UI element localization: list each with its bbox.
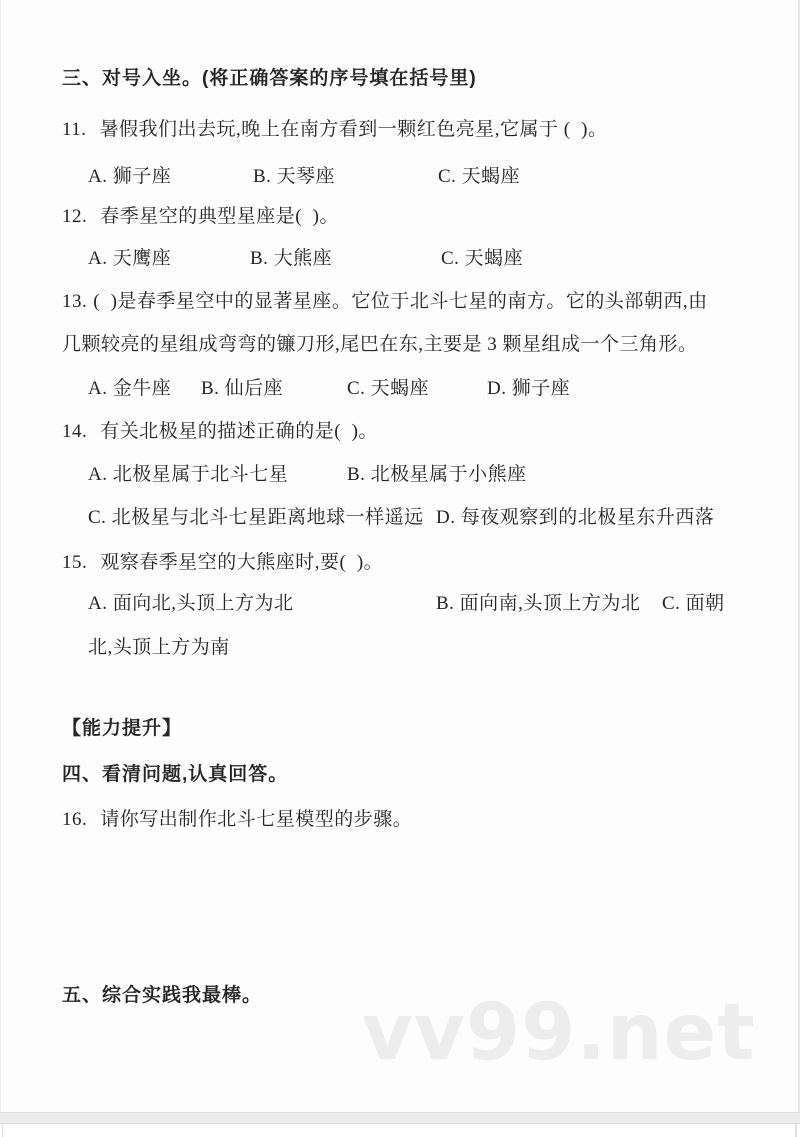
- option-14-a: A. 北极星属于北斗七星: [88, 463, 288, 487]
- page-separator: [0, 1112, 800, 1124]
- question-13-options: A. 金牛座 B. 仙后座 C. 天蝎座 D. 狮子座: [0, 377, 800, 403]
- option-15-c-continuation: 北,头顶上方为南: [88, 636, 230, 660]
- question-12-text: 春季星空的典型星座是( )。: [100, 206, 339, 227]
- option-11-c: C. 天蝎座: [438, 165, 520, 189]
- option-11-b: B. 天琴座: [253, 165, 335, 189]
- option-11-a: A. 狮子座: [88, 165, 171, 189]
- question-11-options: A. 狮子座 B. 天琴座 C. 天蝎座: [0, 165, 800, 191]
- question-11-text: 暑假我们出去玩,晚上在南方看到一颗红色亮星,它属于 ( )。: [100, 119, 608, 140]
- question-14: 14.有关北极星的描述正确的是( )。: [62, 420, 378, 444]
- question-13: 13.( )是春季星空中的显著星座。它位于北斗七星的南方。它的头部朝西,由: [62, 290, 708, 314]
- option-13-b: B. 仙后座: [201, 377, 283, 401]
- option-13-a: A. 金牛座: [88, 377, 171, 401]
- next-page-right-edge: [795, 1124, 797, 1137]
- question-13-text: ( )是春季星空中的显著星座。它位于北斗七星的南方。它的头部朝西,由: [93, 291, 707, 312]
- option-12-a: A. 天鹰座: [88, 247, 171, 271]
- option-15-b: B. 面向南,头顶上方为北: [436, 592, 640, 616]
- document-page: 三、对号入坐。(将正确答案的序号填在括号里) 11.暑假我们出去玩,晚上在南方看…: [0, 0, 800, 1112]
- option-12-b: B. 大熊座: [250, 247, 332, 271]
- question-14-number: 14.: [62, 420, 87, 444]
- section-three-heading: 三、对号入坐。(将正确答案的序号填在括号里): [62, 67, 477, 91]
- question-13-text-line2: 几颗较亮的星组成弯弯的镰刀形,尾巴在东,主要是 3 颗星组成一个三角形。: [62, 333, 698, 357]
- question-15-text: 观察春季星空的大熊座时,要( )。: [100, 552, 383, 573]
- question-16: 16.请你写出制作北斗七星模型的步骤。: [62, 808, 412, 832]
- option-14-c: C. 北极星与北斗七星距离地球一样遥远: [88, 506, 424, 530]
- question-15-options-row1: A. 面向北,头顶上方为北 B. 面向南,头顶上方为北 C. 面朝: [0, 592, 800, 618]
- section-five-heading: 五、综合实践我最棒。: [62, 984, 262, 1008]
- option-14-d: D. 每夜观察到的北极星东升西落: [436, 506, 714, 530]
- question-15-number: 15.: [62, 551, 87, 575]
- option-13-c: C. 天蝎座: [347, 377, 429, 401]
- question-11: 11.暑假我们出去玩,晚上在南方看到一颗红色亮星,它属于 ( )。: [62, 118, 607, 142]
- question-12-number: 12.: [62, 205, 87, 229]
- option-13-d: D. 狮子座: [487, 377, 570, 401]
- option-14-b: B. 北极星属于小熊座: [347, 463, 527, 487]
- question-12: 12.春季星空的典型星座是( )。: [62, 205, 339, 229]
- next-page-left-edge: [2, 1124, 3, 1137]
- question-14-options-row2: C. 北极星与北斗七星距离地球一样遥远 D. 每夜观察到的北极星东升西落: [0, 506, 800, 532]
- question-15: 15.观察春季星空的大熊座时,要( )。: [62, 551, 383, 575]
- question-16-text: 请你写出制作北斗七星模型的步骤。: [100, 809, 412, 830]
- next-page-top: [0, 1124, 800, 1137]
- question-12-options: A. 天鹰座 B. 大熊座 C. 天蝎座: [0, 247, 800, 273]
- question-16-number: 16.: [62, 808, 87, 832]
- question-13-number: 13.: [62, 290, 87, 314]
- document-viewport: 三、对号入坐。(将正确答案的序号填在括号里) 11.暑假我们出去玩,晚上在南方看…: [0, 0, 800, 1137]
- question-14-options-row1: A. 北极星属于北斗七星 B. 北极星属于小熊座: [0, 463, 800, 489]
- section-four-heading: 四、看清问题,认真回答。: [62, 763, 288, 787]
- option-12-c: C. 天蝎座: [441, 247, 523, 271]
- ability-section-marker: 【能力提升】: [62, 717, 182, 741]
- question-11-number: 11.: [62, 118, 87, 142]
- page-left-edge: [0, 0, 1, 1112]
- option-15-a: A. 面向北,头顶上方为北: [88, 592, 293, 616]
- site-watermark: vv99.net: [362, 994, 756, 1072]
- option-15-c: C. 面朝: [662, 592, 725, 616]
- question-14-text: 有关北极星的描述正确的是( )。: [100, 421, 378, 442]
